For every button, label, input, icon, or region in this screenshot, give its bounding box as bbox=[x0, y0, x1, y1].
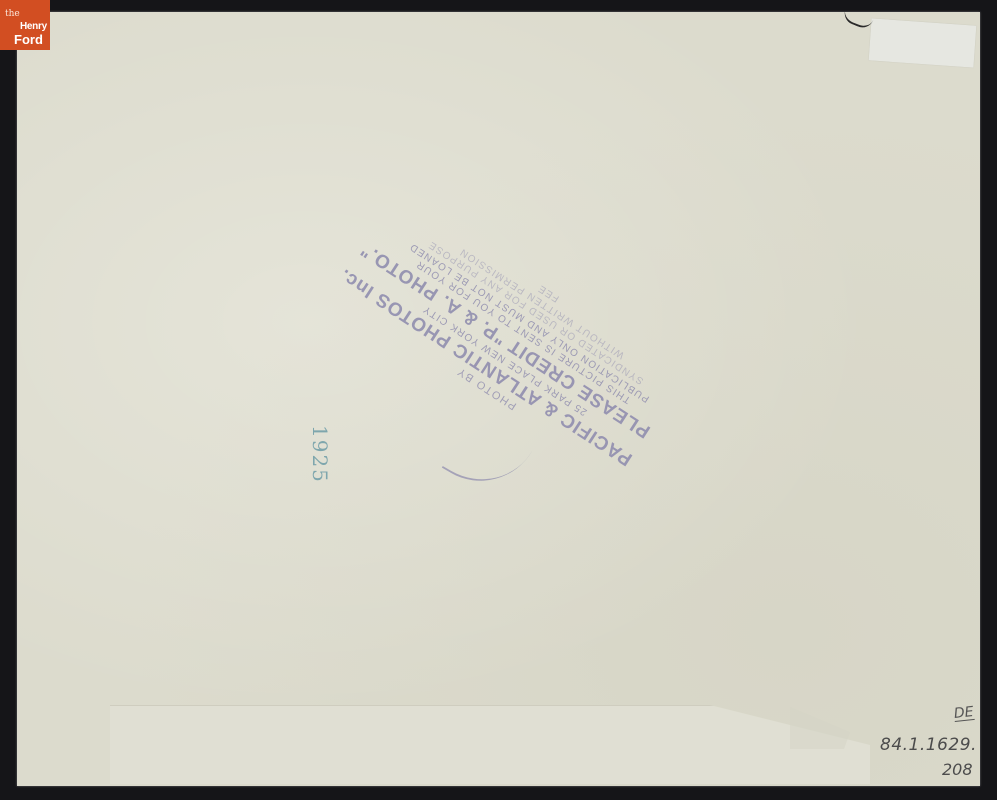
bottom-tape-strip bbox=[110, 705, 870, 784]
accession-number: 84.1.1629. bbox=[880, 735, 977, 755]
initials-annotation: DE bbox=[953, 705, 974, 722]
logo-the: the bbox=[5, 10, 20, 19]
logo-henry: Henry bbox=[20, 22, 47, 32]
item-number: 208 bbox=[942, 760, 973, 779]
corner-tape bbox=[869, 18, 977, 67]
year-stamp: 1925 bbox=[308, 425, 332, 484]
henry-ford-logo: the Henry Ford bbox=[0, 0, 50, 50]
logo-ford: Ford bbox=[14, 33, 43, 46]
